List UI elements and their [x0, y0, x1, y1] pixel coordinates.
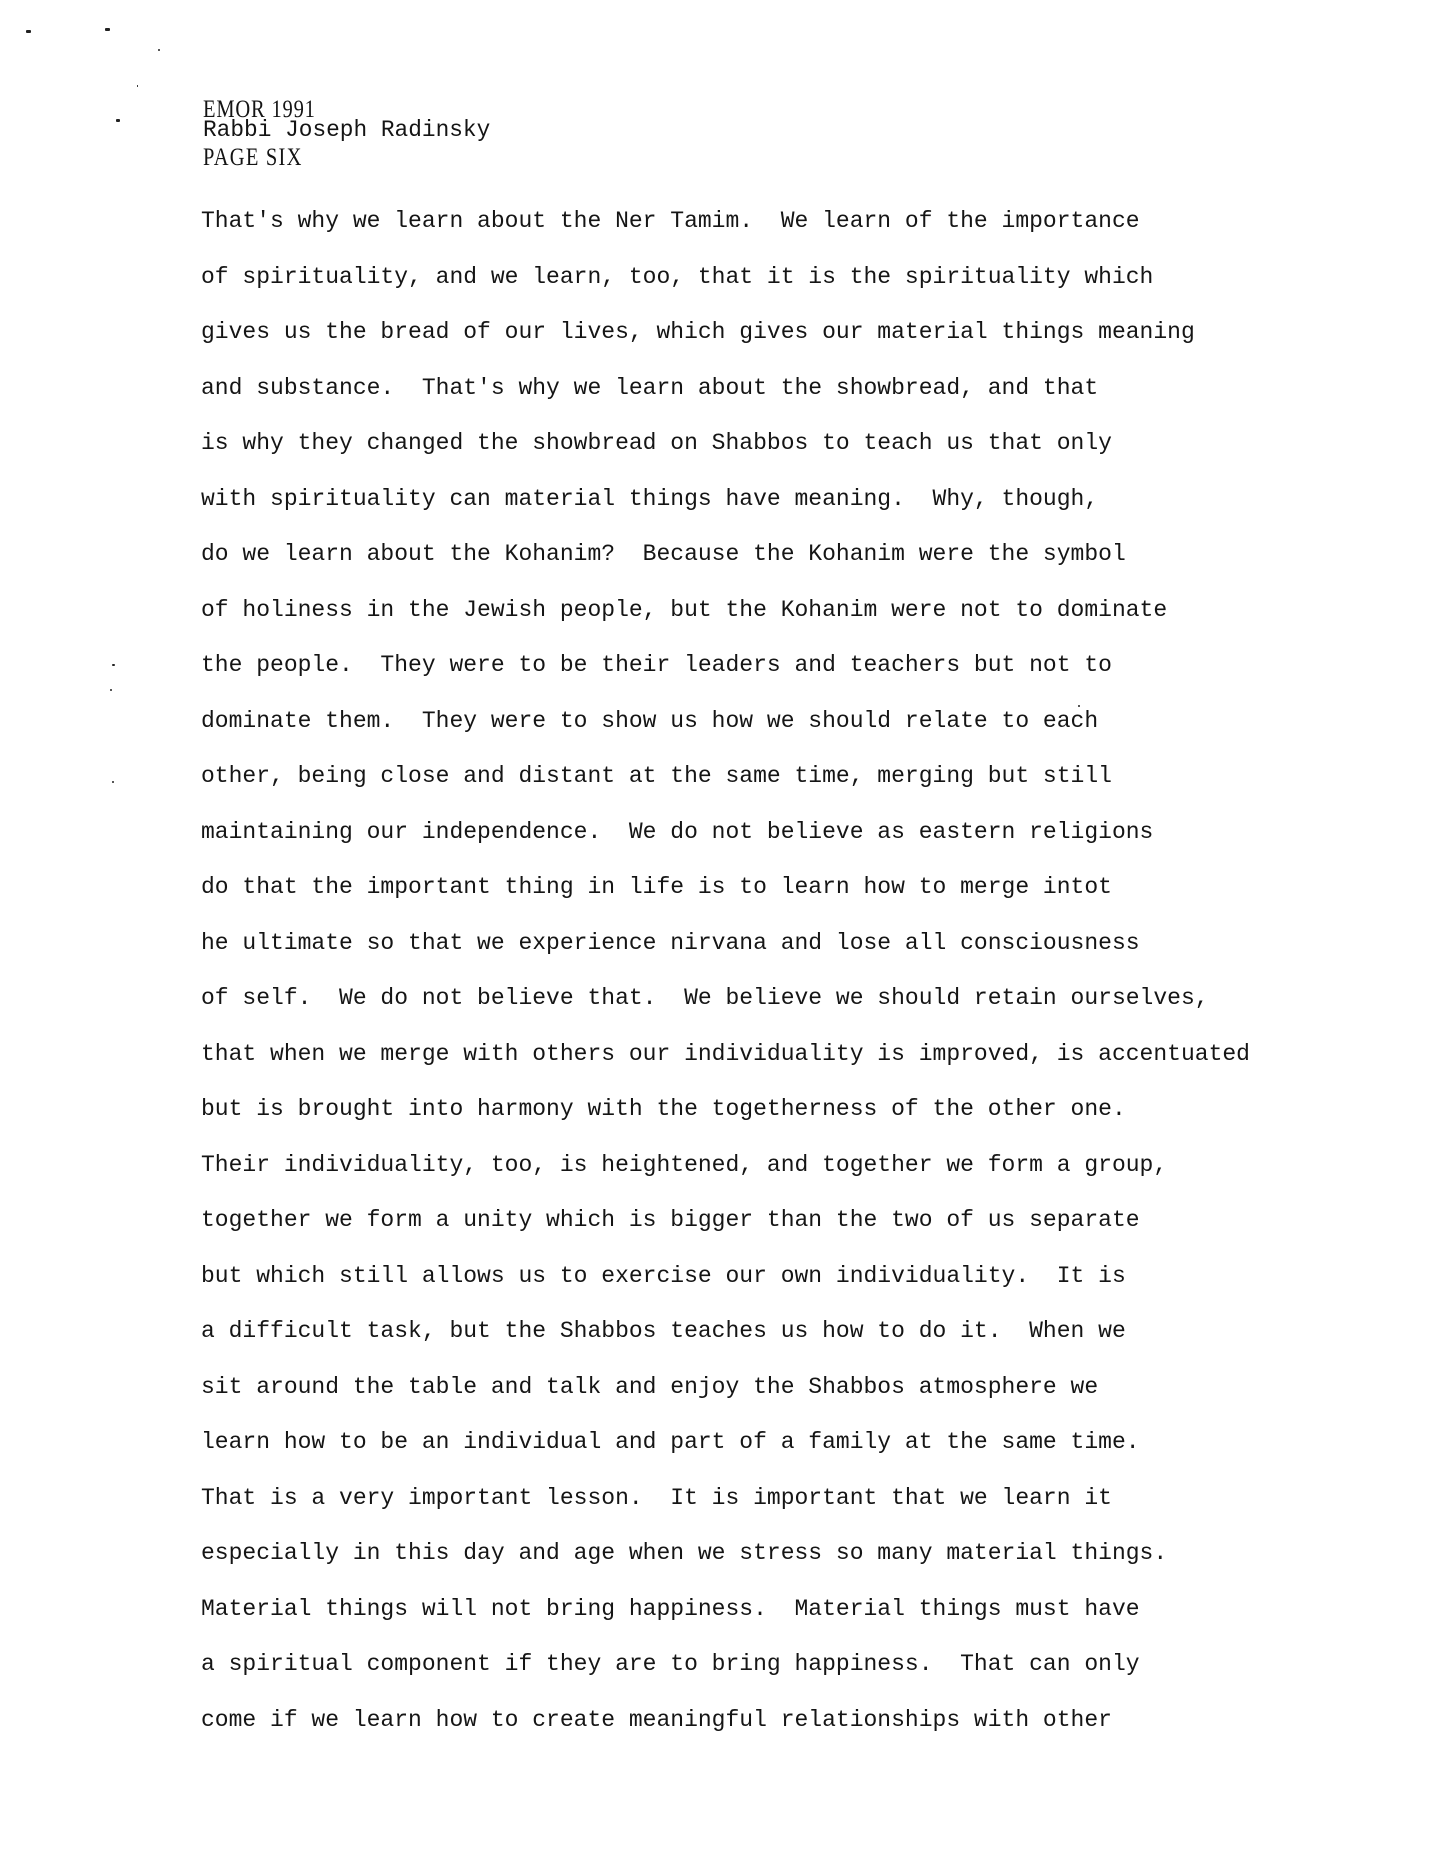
scan-speck	[137, 85, 138, 87]
text-line: Material things will not bring happiness…	[201, 1582, 1250, 1638]
scan-speck	[116, 119, 120, 122]
text-line: but which still allows us to exercise ou…	[201, 1249, 1250, 1305]
text-line: especially in this day and age when we s…	[201, 1526, 1250, 1582]
text-line: of holiness in the Jewish people, but th…	[201, 583, 1250, 639]
document-body: That's why we learn about the Ner Tamim.…	[201, 194, 1250, 1748]
text-line: Their individuality, too, is heightened,…	[201, 1138, 1250, 1194]
page-label: PAGE SIX	[203, 145, 303, 170]
scan-speck	[112, 664, 115, 666]
scan-speck	[110, 689, 112, 691]
text-line: dominate them. They were to show us how …	[201, 694, 1250, 750]
text-line: but is brought into harmony with the tog…	[201, 1082, 1250, 1138]
text-line: that when we merge with others our indiv…	[201, 1027, 1250, 1083]
text-line: together we form a unity which is bigger…	[201, 1193, 1250, 1249]
text-line: maintaining our independence. We do not …	[201, 805, 1250, 861]
document-author: Rabbi Joseph Radinsky	[203, 119, 490, 142]
text-line: is why they changed the showbread on Sha…	[201, 416, 1250, 472]
scan-speck	[26, 30, 31, 33]
text-line: with spirituality can material things ha…	[201, 472, 1250, 528]
text-line: That is a very important lesson. It is i…	[201, 1471, 1250, 1527]
text-line: of spirituality, and we learn, too, that…	[201, 250, 1250, 306]
text-line: other, being close and distant at the sa…	[201, 749, 1250, 805]
text-line: he ultimate so that we experience nirvan…	[201, 916, 1250, 972]
text-line: learn how to be an individual and part o…	[201, 1415, 1250, 1471]
text-line: That's why we learn about the Ner Tamim.…	[201, 194, 1250, 250]
text-line: a spiritual component if they are to bri…	[201, 1637, 1250, 1693]
text-line: come if we learn how to create meaningfu…	[201, 1693, 1250, 1749]
text-line: and substance. That's why we learn about…	[201, 361, 1250, 417]
scan-speck	[112, 781, 114, 783]
text-line: of self. We do not believe that. We beli…	[201, 971, 1250, 1027]
scanned-document-page: EMOR 1991 Rabbi Joseph Radinsky PAGE SIX…	[0, 0, 1430, 1851]
text-line: do we learn about the Kohanim? Because t…	[201, 527, 1250, 583]
text-line: the people. They were to be their leader…	[201, 638, 1250, 694]
text-line: a difficult task, but the Shabbos teache…	[201, 1304, 1250, 1360]
text-line: sit around the table and talk and enjoy …	[201, 1360, 1250, 1416]
scan-speck	[158, 49, 160, 51]
text-line: do that the important thing in life is t…	[201, 860, 1250, 916]
scan-speck	[105, 28, 110, 31]
text-line: gives us the bread of our lives, which g…	[201, 305, 1250, 361]
